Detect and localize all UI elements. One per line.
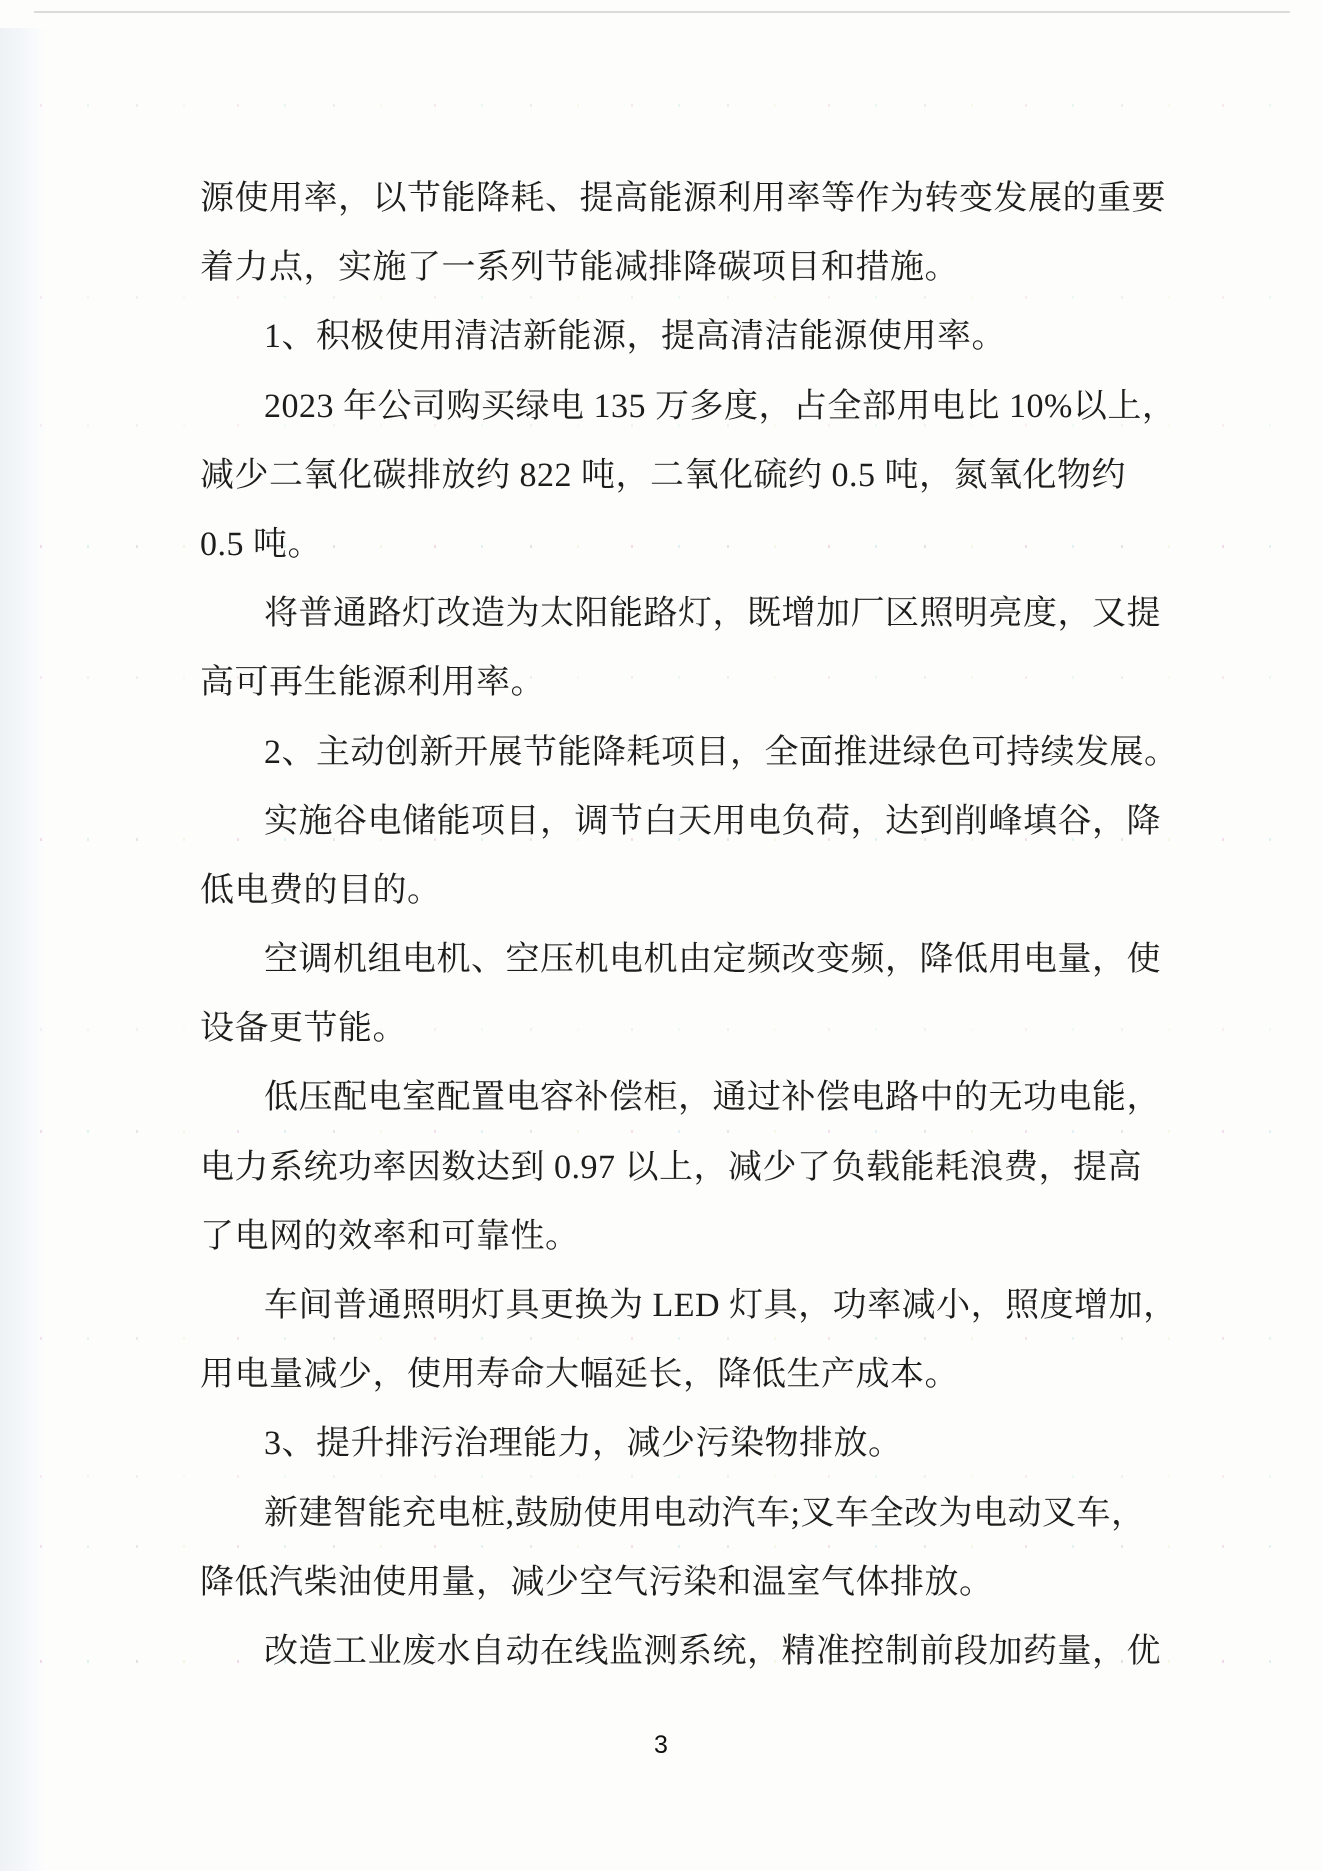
text-line: 着力点，实施了一系列节能减排降碳项目和措施。	[200, 233, 1130, 302]
document-body: 源使用率，以节能降耗、提高能源利用率等作为转变发展的重要 着力点，实施了一系列节…	[200, 164, 1130, 1686]
text-line: 车间普通照明灯具更换为 LED 灯具，功率减小，照度增加，	[200, 1271, 1130, 1340]
text-line-list-item-2: 2、主动创新开展节能降耗项目，全面推进绿色可持续发展。	[200, 718, 1130, 787]
text-line: 将普通路灯改造为太阳能路灯，既增加厂区照明亮度，又提	[200, 579, 1130, 648]
text-line: 用电量减少，使用寿命大幅延长，降低生产成本。	[200, 1340, 1130, 1409]
text-line: 改造工业废水自动在线监测系统，精准控制前段加药量，优	[200, 1617, 1130, 1686]
text-line: 空调机组电机、空压机电机由定频改变频，降低用电量，使	[200, 925, 1130, 994]
text-line: 设备更节能。	[200, 994, 1130, 1063]
text-line: 2023 年公司购买绿电 135 万多度，占全部用电比 10%以上，	[200, 372, 1130, 441]
scanned-document-page: 源使用率，以节能降耗、提高能源利用率等作为转变发展的重要 着力点，实施了一系列节…	[0, 0, 1322, 1871]
text-line: 实施谷电储能项目，调节白天用电负荷，达到削峰填谷，降	[200, 787, 1130, 856]
scan-left-edge-band	[0, 28, 46, 1871]
text-line-list-item-3: 3、提升排污治理能力，减少污染物排放。	[200, 1409, 1130, 1478]
text-line: 减少二氧化碳排放约 822 吨，二氧化硫约 0.5 吨，氮氧化物约	[200, 441, 1130, 510]
text-line: 低电费的目的。	[200, 856, 1130, 925]
text-line: 降低汽柴油使用量，减少空气污染和温室气体排放。	[200, 1548, 1130, 1617]
text-line: 源使用率，以节能降耗、提高能源利用率等作为转变发展的重要	[200, 164, 1130, 233]
text-line-list-item-1: 1、积极使用清洁新能源，提高清洁能源使用率。	[200, 302, 1130, 371]
page-number: 3	[0, 1731, 1322, 1760]
text-line: 了电网的效率和可靠性。	[200, 1202, 1130, 1271]
scan-noise-row	[40, 104, 1272, 107]
text-line: 新建智能充电桩,鼓励使用电动汽车;叉车全改为电动叉车，	[200, 1479, 1130, 1548]
text-line: 低压配电室配置电容补偿柜，通过补偿电路中的无功电能，	[200, 1063, 1130, 1132]
text-line: 0.5 吨。	[200, 510, 1130, 579]
text-line: 高可再生能源利用率。	[200, 648, 1130, 717]
text-line: 电力系统功率因数达到 0.97 以上，减少了负载能耗浪费，提高	[200, 1133, 1130, 1202]
scan-top-edge-line	[34, 11, 1290, 13]
